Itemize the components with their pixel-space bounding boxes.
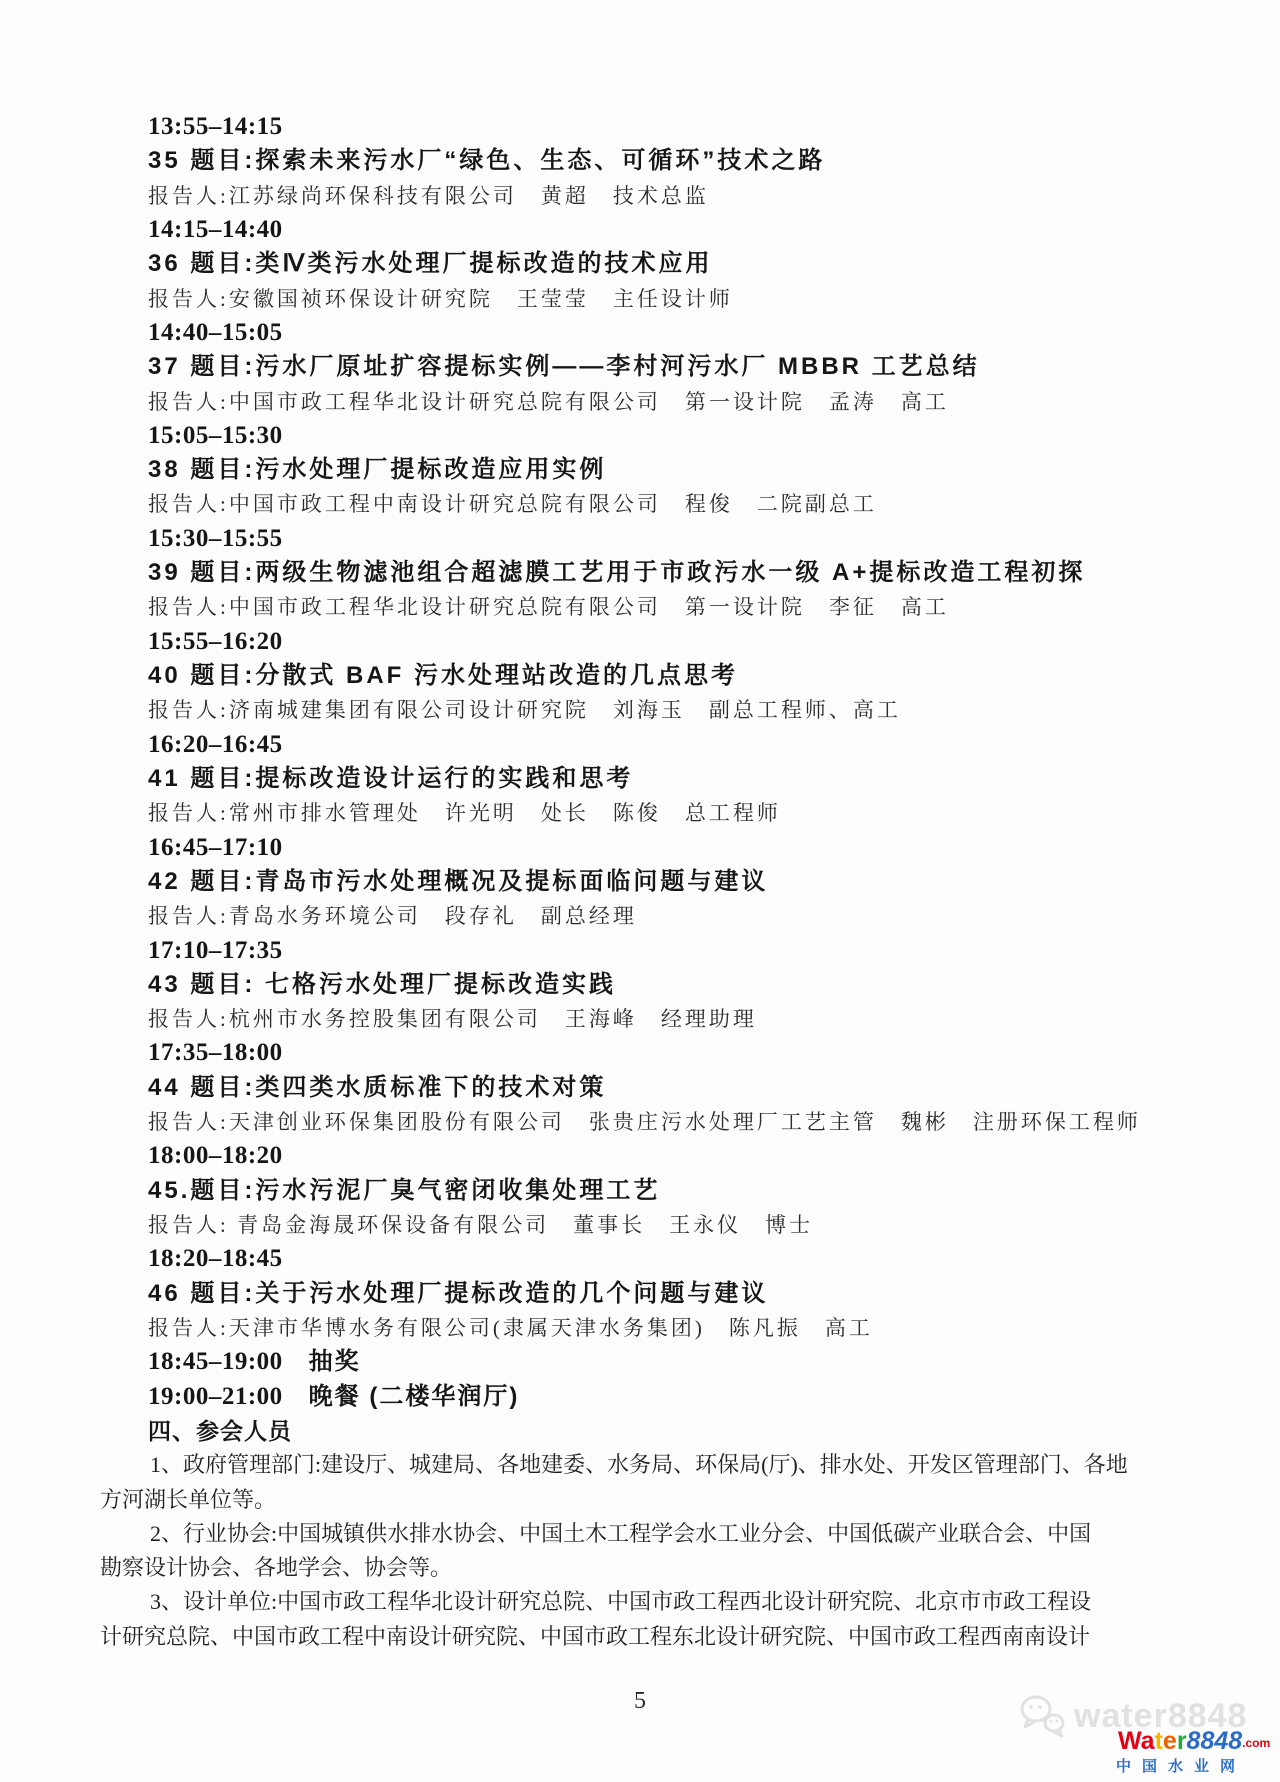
speaker-line: 报告人:常州市排水管理处 许光明 处长 陈俊 总工程师 — [100, 796, 1185, 830]
talk-title-text: 37 题目:污水厂原址扩容提标实例——李村河污水厂 MBBR 工艺总结 — [148, 353, 980, 380]
time-range: 18:00–18:20 — [148, 1142, 283, 1169]
talk-title-text: 39 题目:两级生物滤池组合超滤膜工艺用于市政污水一级 A+提标改造工程初探 — [148, 559, 1085, 586]
watermark-site-name: 中国水业网 — [1116, 1755, 1246, 1776]
time-slot-line: 17:10–17:35 — [100, 934, 1185, 968]
speaker-text: 报告人:青岛水务环境公司 段存礼 副总经理 — [148, 904, 637, 928]
time-range: 16:20–16:45 — [148, 731, 283, 758]
attendees-section-heading: 四、参会人员 — [100, 1414, 1185, 1448]
time-slot-line: 15:55–16:20 — [100, 625, 1185, 659]
speaker-text: 报告人:江苏绿尚环保科技有限公司 黄超 技术总监 — [148, 184, 709, 208]
talk-title-text: 38 题目:污水处理厂提标改造应用实例 — [148, 456, 606, 483]
time-range: 14:15–14:40 — [148, 216, 283, 243]
attendee-paragraph-line: 方河湖长单位等。 — [100, 1483, 1185, 1517]
speaker-text: 报告人:安徽国祯环保设计研究院 王莹莹 主任设计师 — [148, 287, 733, 311]
event-label: 晚餐 (二楼华润厅) — [309, 1383, 520, 1410]
talk-title-text: 40 题目:分散式 BAF 污水处理站改造的几点思考 — [148, 662, 738, 689]
attendee-paragraph-line: 计研究总院、中国市政工程中南设计研究院、中国市政工程东北设计研究院、中国市政工程… — [100, 1620, 1185, 1654]
speaker-line: 报告人:青岛水务环境公司 段存礼 副总经理 — [100, 899, 1185, 933]
speaker-text: 报告人:中国市政工程中南设计研究总院有限公司 程俊 二院副总工 — [148, 492, 877, 516]
talk-title-text: 44 题目:类四类水质标准下的技术对策 — [148, 1074, 606, 1101]
time-range: 18:20–18:45 — [148, 1245, 283, 1272]
speaker-line: 报告人:中国市政工程华北设计研究总院有限公司 第一设计院 李征 高工 — [100, 590, 1185, 624]
time-range: 13:55–14:15 — [148, 113, 283, 140]
logo-segment: e — [1163, 1727, 1177, 1755]
logo-segment: 8848 — [1187, 1727, 1243, 1755]
talk-title-text: 35 题目:探索未来污水厂“绿色、生态、可循环”技术之路 — [148, 147, 825, 174]
talk-title-text: 46 题目:关于污水处理厂提标改造的几个问题与建议 — [148, 1280, 768, 1307]
time-range: 15:30–15:55 — [148, 525, 283, 552]
talk-title-line: 40 题目:分散式 BAF 污水处理站改造的几点思考 — [100, 659, 1185, 693]
speaker-text: 报告人:天津创业环保集团股份有限公司 张贵庄污水处理厂工艺主管 魏彬 注册环保工… — [148, 1110, 1141, 1134]
time-slot-line: 14:15–14:40 — [100, 213, 1185, 247]
time-range: 18:45–19:00 — [148, 1348, 283, 1375]
time-range: 17:35–18:00 — [148, 1039, 283, 1066]
time-slot-line: 16:20–16:45 — [100, 728, 1185, 762]
logo-segment: .com — [1242, 1736, 1270, 1750]
document-page: 13:55–14:1535 题目:探索未来污水厂“绿色、生态、可循环”技术之路报… — [0, 0, 1280, 1782]
talk-title-line: 41 题目:提标改造设计运行的实践和思考 — [100, 762, 1185, 796]
talk-title-line: 37 题目:污水厂原址扩容提标实例——李村河污水厂 MBBR 工艺总结 — [100, 350, 1185, 384]
attendee-paragraphs: 1、政府管理部门:建设厅、城建局、各地建委、水务局、环保局(厅)、排水处、开发区… — [100, 1448, 1185, 1654]
time-slot-line: 18:20–18:45 — [100, 1242, 1185, 1276]
attendee-paragraph-line: 3、设计单位:中国市政工程华北设计研究总院、中国市政工程西北设计研究院、北京市市… — [100, 1585, 1185, 1619]
speaker-line: 报告人: 青岛金海晟环保设备有限公司 董事长 王永仪 博士 — [100, 1208, 1185, 1242]
logo-segment: t — [1155, 1727, 1163, 1755]
speaker-line: 报告人:中国市政工程中南设计研究总院有限公司 程俊 二院副总工 — [100, 487, 1185, 521]
speaker-line: 报告人:江苏绿尚环保科技有限公司 黄超 技术总监 — [100, 179, 1185, 213]
time-range: 16:45–17:10 — [148, 834, 283, 861]
time-range: 15:55–16:20 — [148, 628, 283, 655]
time-slot-line: 15:05–15:30 — [100, 419, 1185, 453]
time-slot-line: 15:30–15:55 — [100, 522, 1185, 556]
wechat-icon — [1016, 1690, 1068, 1742]
speaker-line: 报告人:济南城建集团有限公司设计研究院 刘海玉 副总工程师、高工 — [100, 693, 1185, 727]
time-range: 19:00–21:00 — [148, 1383, 283, 1410]
logo-segment: Wa — [1118, 1727, 1155, 1755]
talk-title-line: 43 题目: 七格污水处理厂提标改造实践 — [100, 968, 1185, 1002]
talk-title-line: 44 题目:类四类水质标准下的技术对策 — [100, 1071, 1185, 1105]
speaker-line: 报告人:天津创业环保集团股份有限公司 张贵庄污水处理厂工艺主管 魏彬 注册环保工… — [100, 1105, 1185, 1139]
time-range: 17:10–17:35 — [148, 937, 283, 964]
talk-title-text: 43 题目: 七格污水处理厂提标改造实践 — [148, 971, 616, 998]
speaker-line: 报告人:杭州市水务控股集团有限公司 王海峰 经理助理 — [100, 1002, 1185, 1036]
talk-title-line: 35 题目:探索未来污水厂“绿色、生态、可循环”技术之路 — [100, 144, 1185, 178]
talk-title-line: 36 题目:类Ⅳ类污水处理厂提标改造的技术应用 — [100, 247, 1185, 281]
speaker-text: 报告人: 青岛金海晟环保设备有限公司 董事长 王永仪 博士 — [148, 1213, 813, 1237]
time-slot-line: 18:45–19:00抽奖 — [100, 1345, 1185, 1379]
speaker-text: 报告人:济南城建集团有限公司设计研究院 刘海玉 副总工程师、高工 — [148, 698, 901, 722]
talk-title-line: 38 题目:污水处理厂提标改造应用实例 — [100, 453, 1185, 487]
speaker-line: 报告人:安徽国祯环保设计研究院 王莹莹 主任设计师 — [100, 282, 1185, 316]
speaker-line: 报告人:天津市华博水务有限公司(隶属天津水务集团) 陈凡振 高工 — [100, 1311, 1185, 1345]
attendee-paragraph-line: 1、政府管理部门:建设厅、城建局、各地建委、水务局、环保局(厅)、排水处、开发区… — [100, 1448, 1185, 1482]
time-slot-line: 16:45–17:10 — [100, 831, 1185, 865]
speaker-text: 报告人:天津市华博水务有限公司(隶属天津水务集团) 陈凡振 高工 — [148, 1316, 873, 1340]
talk-title-text: 42 题目:青岛市污水处理概况及提标面临问题与建议 — [148, 868, 768, 895]
speaker-text: 报告人:中国市政工程华北设计研究总院有限公司 第一设计院 李征 高工 — [148, 595, 949, 619]
time-slot-line: 18:00–18:20 — [100, 1139, 1185, 1173]
time-slot-line: 14:40–15:05 — [100, 316, 1185, 350]
schedule-list: 13:55–14:1535 题目:探索未来污水厂“绿色、生态、可循环”技术之路报… — [100, 110, 1185, 1414]
time-range: 15:05–15:30 — [148, 422, 283, 449]
event-label: 抽奖 — [309, 1348, 361, 1375]
time-range: 14:40–15:05 — [148, 319, 283, 346]
speaker-text: 报告人:杭州市水务控股集团有限公司 王海峰 经理助理 — [148, 1007, 757, 1031]
time-slot-line: 13:55–14:15 — [100, 110, 1185, 144]
attendee-paragraph-line: 勘察设计协会、各地学会、协会等。 — [100, 1551, 1185, 1585]
speaker-line: 报告人:中国市政工程华北设计研究总院有限公司 第一设计院 孟涛 高工 — [100, 385, 1185, 419]
talk-title-line: 46 题目:关于污水处理厂提标改造的几个问题与建议 — [100, 1277, 1185, 1311]
talk-title-text: 41 题目:提标改造设计运行的实践和思考 — [148, 765, 633, 792]
talk-title-text: 45.题目:污水污泥厂臭气密闭收集处理工艺 — [148, 1177, 660, 1204]
attendee-paragraph-line: 2、行业协会:中国城镇供水排水协会、中国土木工程学会水工业分会、中国低碳产业联合… — [100, 1517, 1185, 1551]
talk-title-line: 45.题目:污水污泥厂臭气密闭收集处理工艺 — [100, 1174, 1185, 1208]
talk-title-text: 36 题目:类Ⅳ类污水处理厂提标改造的技术应用 — [148, 250, 713, 277]
time-slot-line: 19:00–21:00晚餐 (二楼华润厅) — [100, 1380, 1185, 1414]
speaker-text: 报告人:中国市政工程华北设计研究总院有限公司 第一设计院 孟涛 高工 — [148, 390, 949, 414]
document-content: 13:55–14:1535 题目:探索未来污水厂“绿色、生态、可循环”技术之路报… — [100, 110, 1185, 1654]
logo-segment: r — [1177, 1727, 1187, 1755]
time-slot-line: 17:35–18:00 — [100, 1036, 1185, 1070]
speaker-text: 报告人:常州市排水管理处 许光明 处长 陈俊 总工程师 — [148, 801, 781, 825]
talk-title-line: 39 题目:两级生物滤池组合超滤膜工艺用于市政污水一级 A+提标改造工程初探 — [100, 556, 1185, 590]
water8848-logo: Water8848.com — [1118, 1729, 1270, 1756]
talk-title-line: 42 题目:青岛市污水处理概况及提标面临问题与建议 — [100, 865, 1185, 899]
